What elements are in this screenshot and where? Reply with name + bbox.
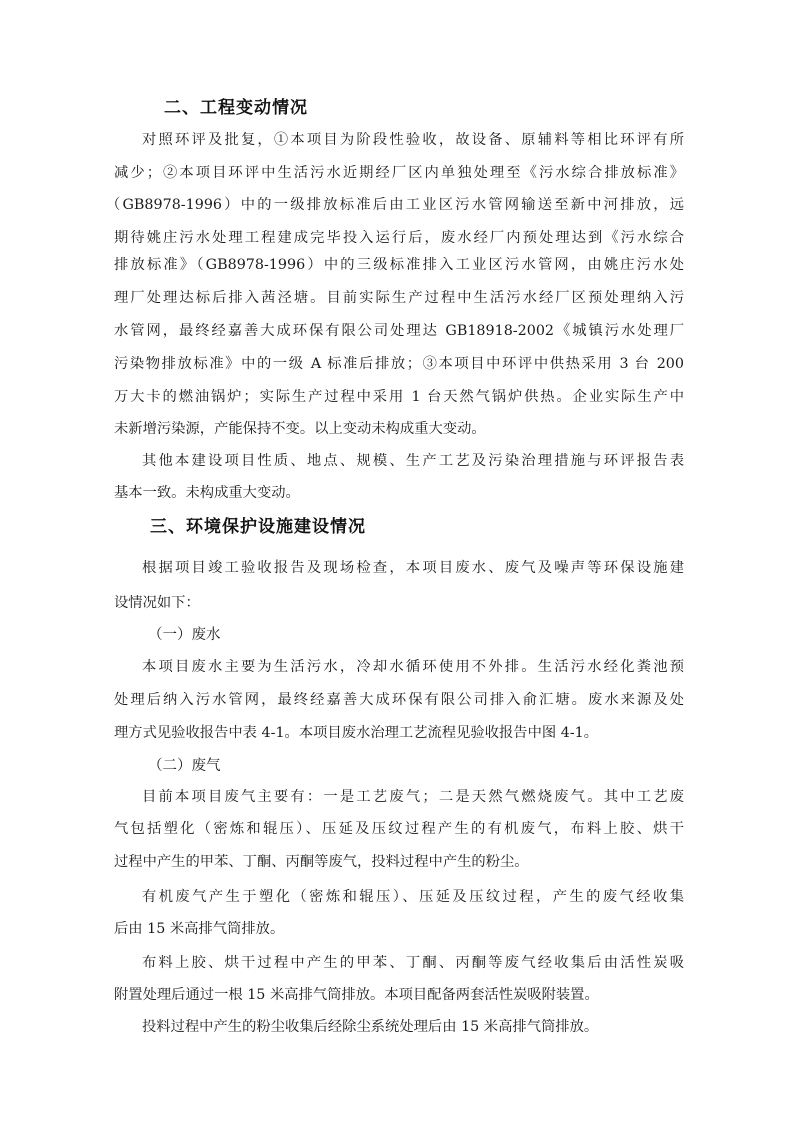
section-heading-project-changes: 二、工程变动情况 bbox=[164, 93, 308, 118]
text-line: 期待姚庄污水处理工程建成完毕投入运行后，废水经厂内预处理达到《污水综合 bbox=[114, 227, 684, 247]
text-line: 目前本项目废气主要有：一是工艺废气；二是天然气燃烧废气。其中工艺废 bbox=[142, 786, 684, 806]
text-line: 处理后纳入污水管网，最终经嘉善大成环保有限公司排入俞汇塘。废水来源及处 bbox=[114, 689, 684, 709]
text-line: （GB8978-1996）中的一级排放标准后由工业区污水管网输送至新中河排放，远 bbox=[106, 194, 684, 214]
text-line: 设情况如下： bbox=[114, 592, 684, 612]
subheading-wastewater: （一）废水 bbox=[148, 623, 221, 644]
text-line: 理厂处理达标后排入茜泾塘。目前实际生产过程中生活污水经厂区预处理纳入污 bbox=[114, 287, 684, 307]
text-line: 污染物排放标准》中的一级 A 标准后排放；③本项目中环评中供热采用 3 台 20… bbox=[114, 353, 684, 373]
text-line: 本项目废水主要为生活污水，冷却水循环使用不外排。生活污水经化粪池预 bbox=[142, 656, 684, 676]
section-heading-environmental-facilities: 三、环境保护设施建设情况 bbox=[150, 512, 366, 537]
text-line: 排放标准》（GB8978-1996）中的三级标准排入工业区污水管网，由姚庄污水处 bbox=[114, 254, 684, 274]
text-line: 万大卡的燃油锅炉；实际生产过程中采用 1 台天然气锅炉供热。企业实际生产中 bbox=[114, 386, 684, 406]
text-line: 布料上胶、烘干过程中产生的甲苯、丁酮、丙酮等废气经收集后由活性炭吸 bbox=[142, 952, 684, 972]
text-line: 有机废气产生于塑化（密炼和辊压）、压延及压纹过程，产生的废气经收集 bbox=[142, 886, 684, 906]
text-line: 气包括塑化（密炼和辊压）、压延及压纹过程产生的有机废气，布料上胶、烘干 bbox=[114, 818, 684, 838]
subheading-exhaust: （二）废气 bbox=[148, 754, 221, 775]
document-page: 二、工程变动情况 对照环评及批复，①本项目为阶段性验收，故设备、原辅料等相比环评… bbox=[0, 0, 800, 1131]
text-line: 根据项目竣工验收报告及现场检查，本项目废水、废气及噪声等环保设施建 bbox=[142, 557, 684, 577]
text-line: 对照环评及批复，①本项目为阶段性验收，故设备、原辅料等相比环评有所 bbox=[142, 129, 684, 149]
text-line: 理方式见验收报告中表 4-1。本项目废水治理工艺流程见验收报告中图 4-1。 bbox=[114, 722, 684, 742]
text-line: 后由 15 米高排气筒排放。 bbox=[114, 918, 684, 938]
text-line: 其他本建设项目性质、地点、规模、生产工艺及污染治理措施与环评报告表 bbox=[142, 450, 684, 470]
text-line: 水管网，最终经嘉善大成环保有限公司处理达 GB18918-2002《城镇污水处理… bbox=[114, 320, 684, 340]
text-line: 投料过程中产生的粉尘收集后经除尘系统处理后由 15 米高排气筒排放。 bbox=[142, 1016, 684, 1036]
text-line: 附置处理后通过一根 15 米高排气筒排放。本项目配备两套活性炭吸附装置。 bbox=[114, 984, 684, 1004]
text-line: 基本一致。未构成重大变动。 bbox=[114, 482, 684, 502]
text-line: 未新增污染源，产能保持不变。以上变动未构成重大变动。 bbox=[114, 418, 684, 438]
text-line: 过程中产生的甲苯、丁酮、丙酮等废气，投料过程中产生的粉尘。 bbox=[114, 851, 684, 871]
text-line: 减少；②本项目环评中生活污水近期经厂区内单独处理至《污水综合排放标准》 bbox=[114, 162, 684, 182]
